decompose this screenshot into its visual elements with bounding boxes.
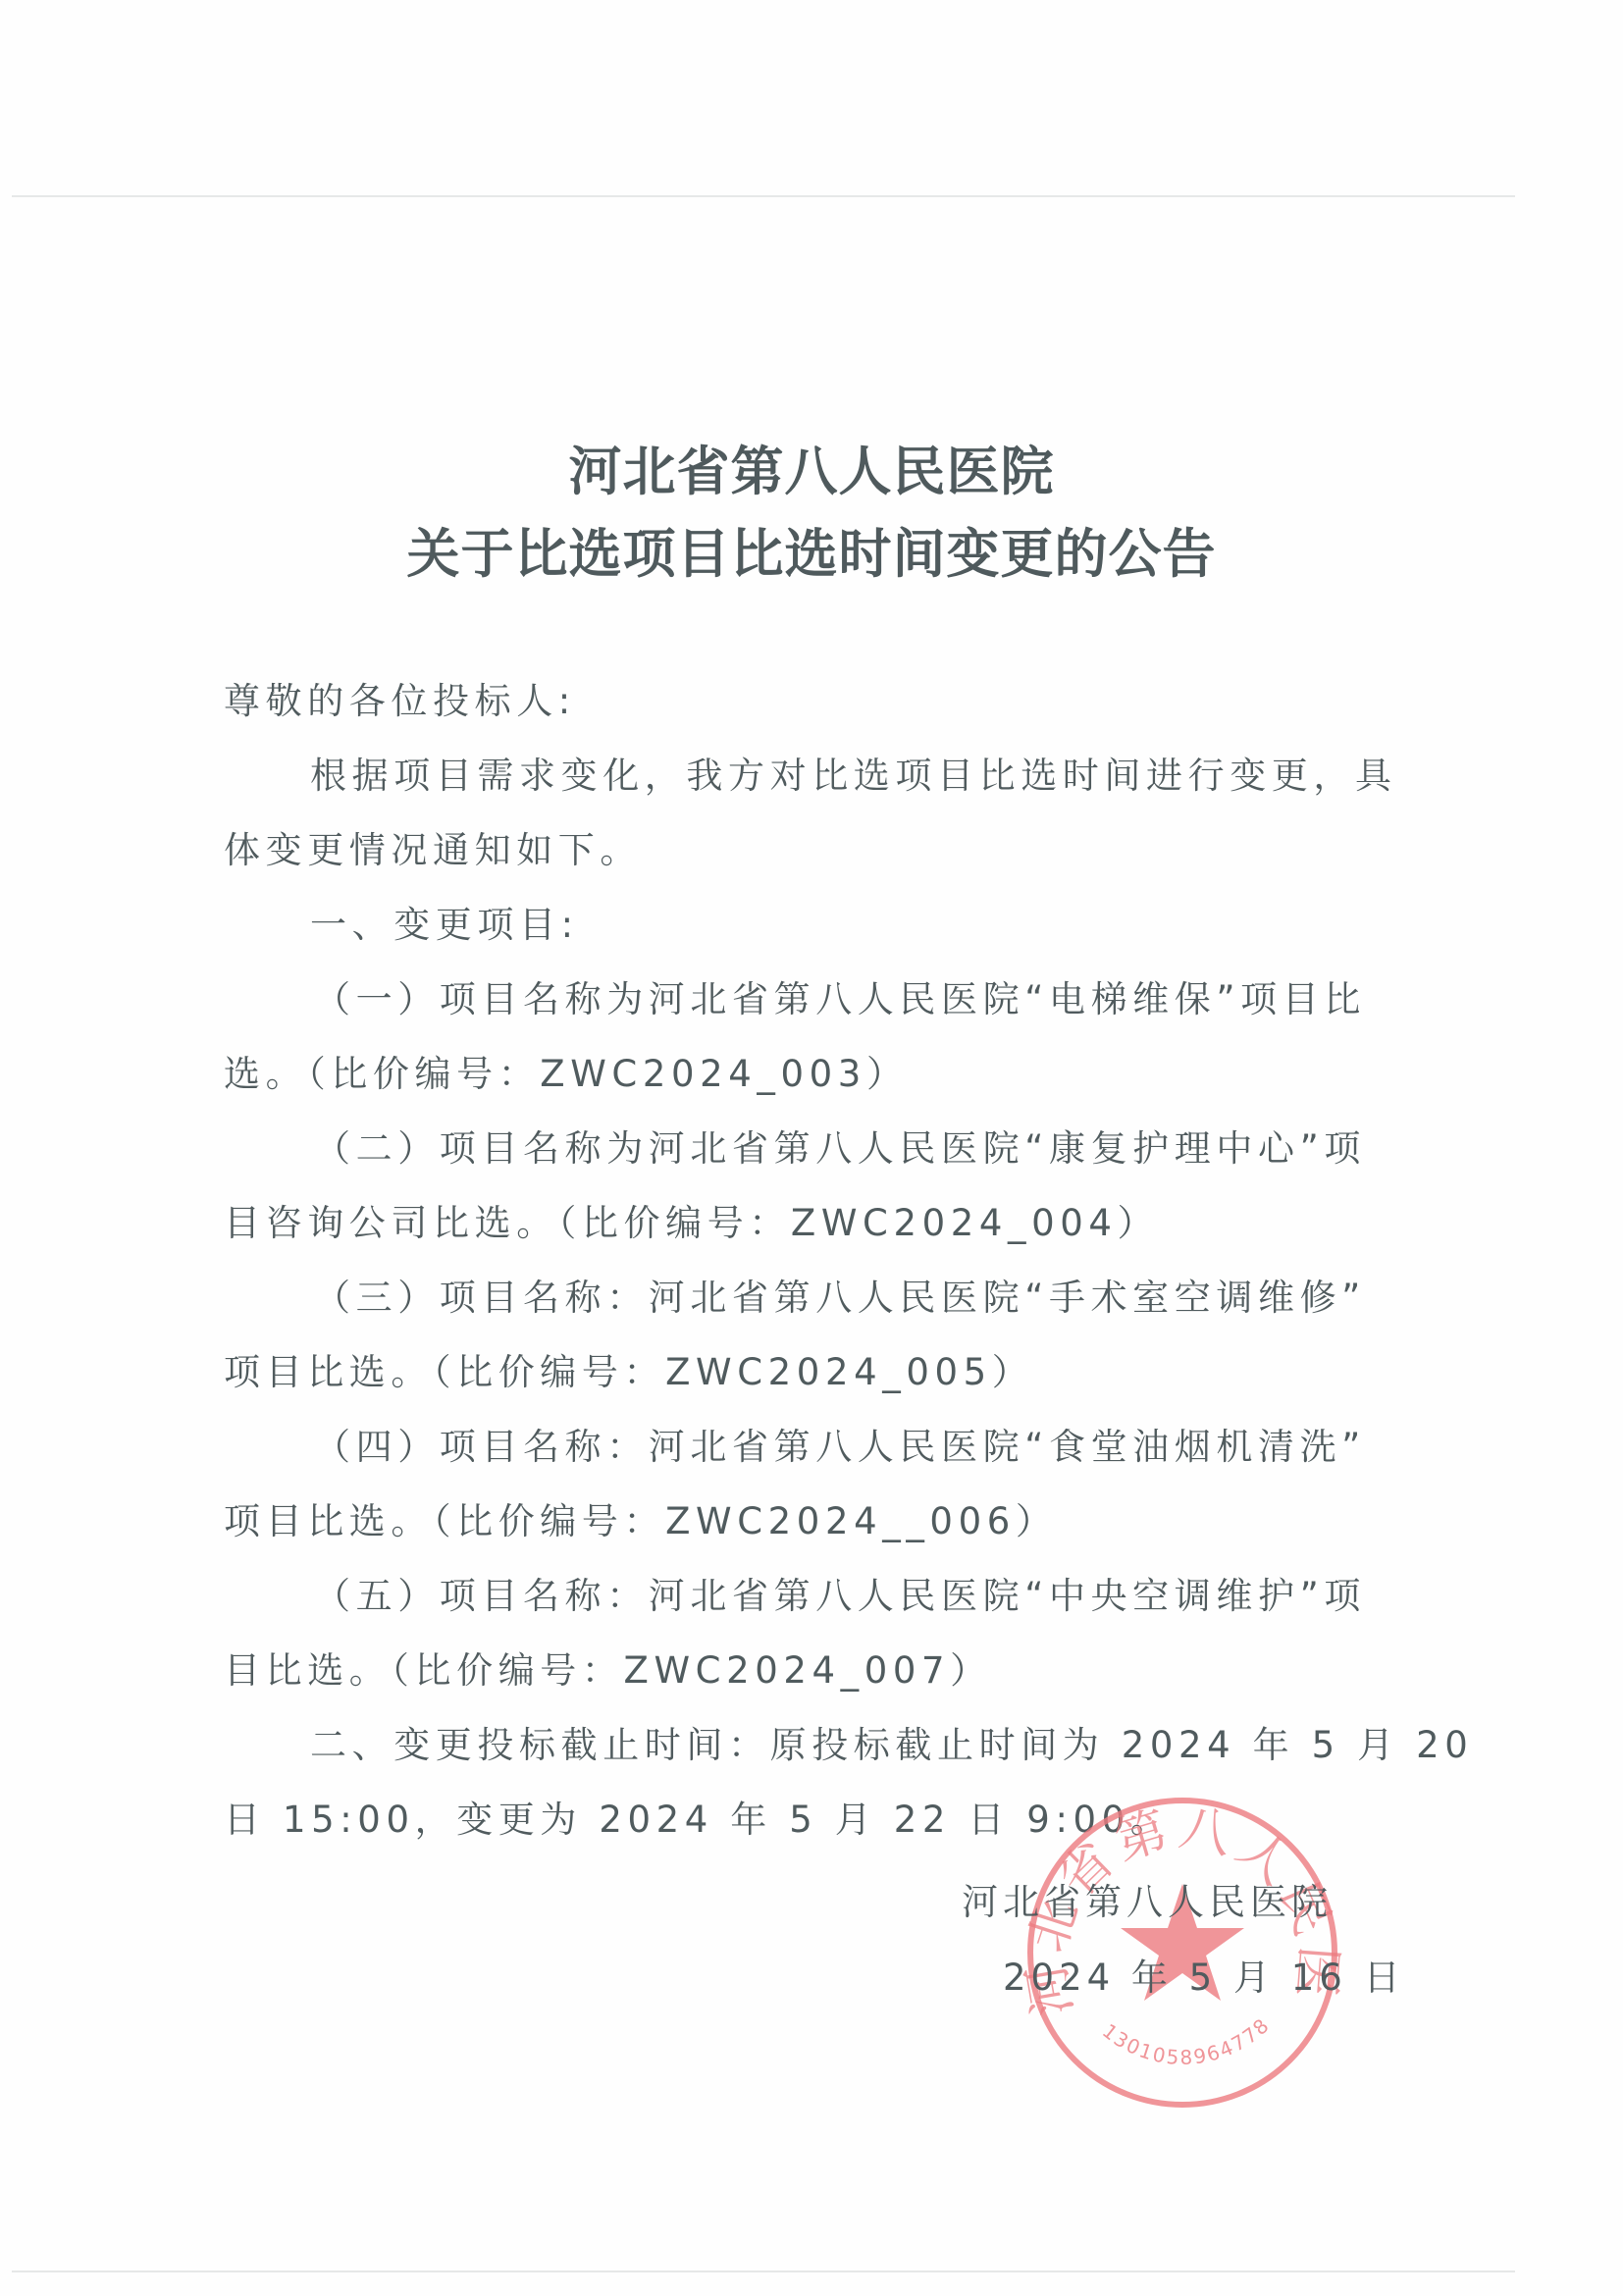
section1-heading: 一、变更项目:: [310, 895, 579, 948]
item-2-line-2: 目咨询公司比选。（比价编号：ZWC2024_004）: [224, 1193, 1159, 1246]
item-4-line-1: （四）项目名称：河北省第八人民医院“食堂油烟机清洗”: [314, 1417, 1366, 1470]
item-5-line-1: （五）项目名称：河北省第八人民医院“中央空调维护”项: [314, 1566, 1366, 1619]
item-1-line-1: （一）项目名称为河北省第八人民医院“电梯维保”项目比: [314, 969, 1366, 1022]
stamp-code-text: 1301058964778: [1098, 2012, 1275, 2069]
intro-line-1: 根据项目需求变化，我方对比选项目比选时间进行变更，具: [310, 746, 1397, 799]
svg-text:1301058964778: 1301058964778: [1098, 2012, 1275, 2069]
item-1-line-2: 选。（比价编号：ZWC2024_003）: [224, 1044, 909, 1097]
item-3-line-2: 项目比选。（比价编号：ZWC2024_005）: [224, 1342, 1033, 1395]
scan-edge-line-bottom: [12, 2270, 1515, 2272]
section2-line-1: 二、变更投标截止时间：原投标截止时间为 2024 年 5 月 20: [310, 1715, 1473, 1768]
signature-date: 2024 年 5 月 16 日: [1003, 1948, 1405, 2001]
document-title-organization: 河北省第八人民医院: [0, 430, 1623, 505]
document-page: 河北省第八人民医院 关于比选项目比选时间变更的公告 尊敬的各位投标人: 根据项目…: [0, 0, 1623, 2296]
item-3-line-1: （三）项目名称：河北省第八人民医院“手术室空调维修”: [314, 1268, 1366, 1321]
signature-organization: 河北省第八人民医院: [962, 1872, 1333, 1925]
intro-line-2: 体变更情况通知如下。: [224, 820, 642, 873]
item-4-line-2: 项目比选。（比价编号：ZWC2024__006）: [224, 1491, 1057, 1544]
salutation: 尊敬的各位投标人:: [224, 671, 576, 724]
document-title-subject: 关于比选项目比选时间变更的公告: [0, 512, 1623, 588]
scan-edge-line-top: [12, 195, 1515, 197]
item-5-line-2: 目比选。（比价编号：ZWC2024_007）: [224, 1641, 992, 1694]
item-2-line-1: （二）项目名称为河北省第八人民医院“康复护理中心”项: [314, 1119, 1366, 1172]
